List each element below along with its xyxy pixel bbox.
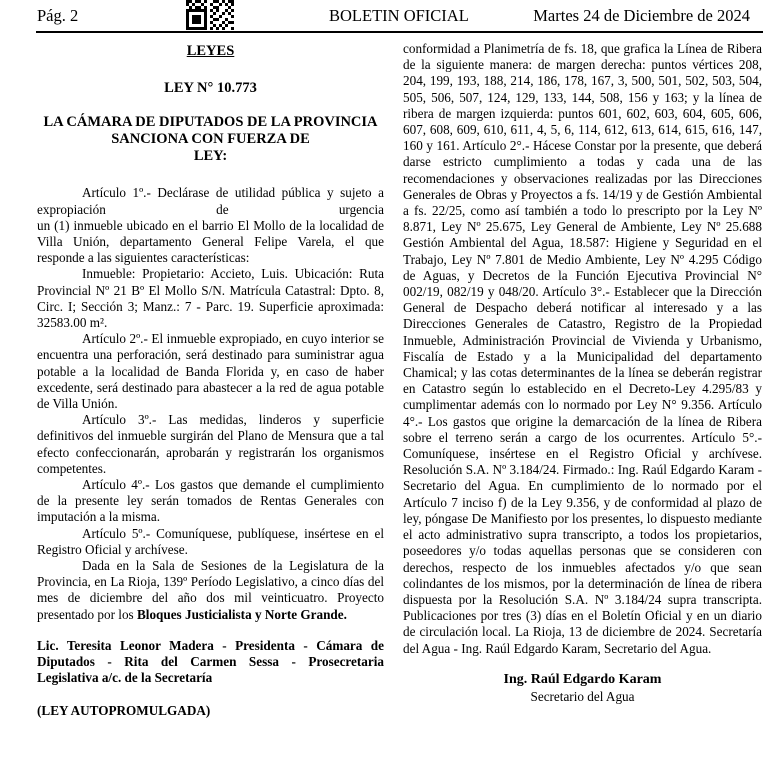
- paragraph-articulo-1-lead: Artículo 1º.- Declárase de utilidad públ…: [37, 185, 384, 217]
- law-body: Artículo 1º.- Declárase de utilidad públ…: [37, 185, 384, 622]
- paragraph-articulo-4: Artículo 4º.- Los gastos que demande el …: [37, 477, 384, 526]
- paragraph-articulo-3: Artículo 3º.- Las medidas, linderos y su…: [37, 412, 384, 477]
- page-number: Pág. 2: [37, 7, 78, 25]
- paragraph-dada: Dada en la Sala de Sesiones de la Legisl…: [37, 558, 384, 623]
- left-column: LEYES LEY N° 10.773 LA CÁMARA DE DIPUTAD…: [37, 41, 384, 719]
- right-column-body: conformidad a Planimetría de fs. 18, que…: [403, 41, 762, 657]
- page-root: Pág. 2: [0, 0, 769, 719]
- bulletin-title: BOLETIN OFICIAL: [329, 7, 469, 25]
- chamber-heading: LA CÁMARA DE DIPUTADOS DE LA PROVINCIA S…: [37, 114, 384, 165]
- chamber-heading-line-1: LA CÁMARA DE DIPUTADOS DE LA PROVINCIA: [37, 114, 384, 131]
- paragraph-inmueble: Inmueble: Propietario: Accieto, Luis. Ub…: [37, 266, 384, 331]
- signature-block: Lic. Teresita Leonor Madera - Presidenta…: [37, 638, 384, 687]
- signature-name: Ing. Raúl Edgardo Karam: [403, 671, 762, 688]
- content-columns: LEYES LEY N° 10.773 LA CÁMARA DE DIPUTAD…: [0, 41, 769, 719]
- ley-autopromulgada: (LEY AUTOPROMULGADA): [37, 703, 384, 719]
- signature-title: Secretario del Agua: [403, 688, 762, 705]
- paragraph-articulo-5: Artículo 5º.- Comuníquese, publíquese, i…: [37, 526, 384, 558]
- law-number-heading: LEY N° 10.773: [37, 80, 384, 96]
- right-column: conformidad a Planimetría de fs. 18, que…: [403, 41, 762, 705]
- paragraph-dada-bold-tail: Bloques Justicialista y Norte Grande.: [137, 607, 347, 622]
- section-heading-leyes: LEYES: [37, 43, 384, 59]
- paragraph-articulo-2: Artículo 2º.- El inmueble expropiado, en…: [37, 331, 384, 412]
- chamber-heading-line-3: LEY:: [37, 148, 384, 165]
- chamber-heading-line-2: SANCIONA CON FUERZA DE: [37, 131, 384, 148]
- issue-date: Martes 24 de Diciembre de 2024: [533, 7, 750, 25]
- qr-code-icon: [186, 0, 234, 34]
- header-bar: Pág. 2: [0, 0, 769, 41]
- header-rule: [36, 31, 763, 33]
- paragraph-articulo-1-body: un (1) inmueble ubicado en el barrio El …: [37, 218, 384, 267]
